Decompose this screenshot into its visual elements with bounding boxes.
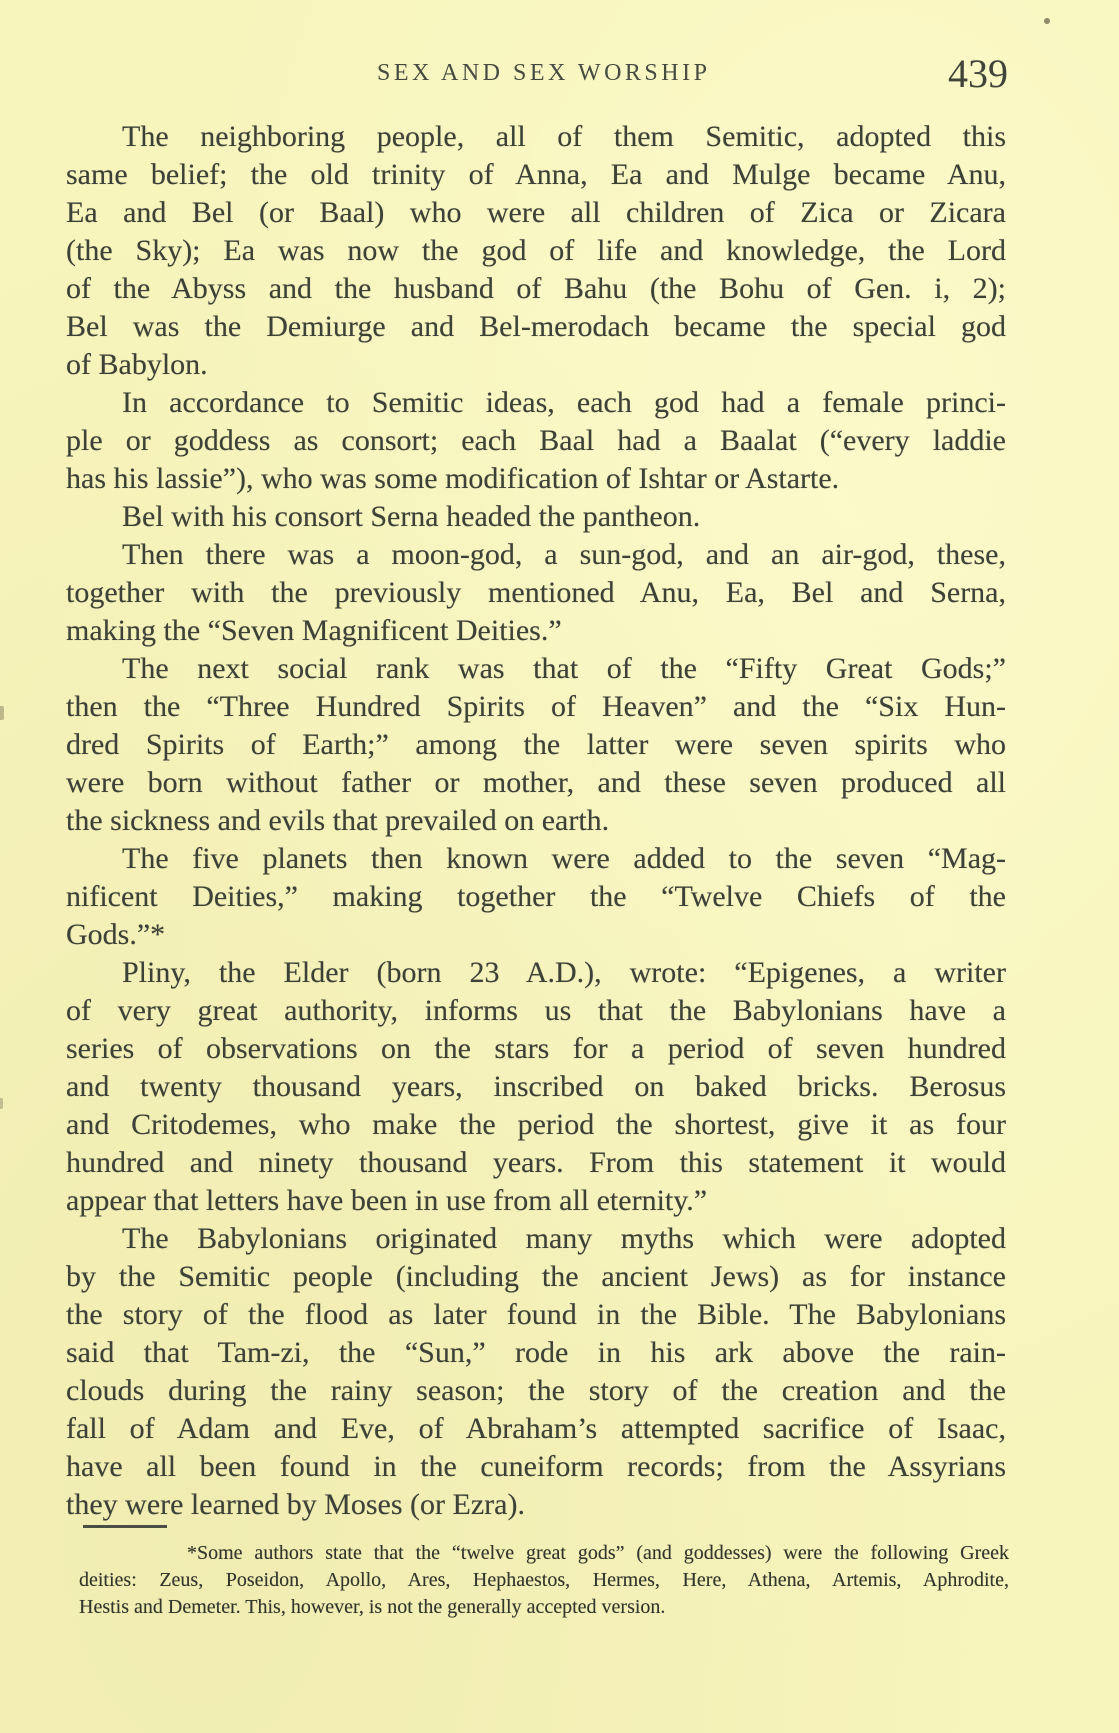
text-line: of Babylon. [66, 346, 1006, 384]
book-page: SEX AND SEX WORSHIP 439 The neighboring … [0, 0, 1119, 1733]
text-line: In accordance to Semitic ideas, each god… [66, 384, 1006, 422]
text-line: The five planets then known were added t… [66, 840, 1006, 878]
text-line: of the Abyss and the husband of Bahu (th… [66, 270, 1006, 308]
text-line: has his lassie”), who was some modificat… [66, 460, 1006, 498]
text-line: making the “Seven Magnificent Deities.” [66, 612, 1006, 650]
text-line: dred Spirits of Earth;” among the latter… [66, 726, 1006, 764]
text-line: Then there was a moon-god, a sun-god, an… [66, 536, 1006, 574]
text-line: said that Tam-zi, the “Sun,” rode in his… [66, 1334, 1006, 1372]
running-title: SEX AND SEX WORSHIP [377, 60, 710, 87]
text-line: (the Sky); Ea was now the god of life an… [66, 232, 1006, 270]
text-line: The Babylonians originated many myths wh… [66, 1220, 1006, 1258]
text-line: the story of the flood as later found in… [66, 1296, 1006, 1334]
text-line: The next social rank was that of the “Fi… [66, 650, 1006, 688]
text-line: appear that letters have been in use fro… [66, 1182, 1006, 1220]
footnote-rule [83, 1525, 167, 1528]
page-number: 439 [948, 50, 1008, 97]
text-line: and twenty thousand years, inscribed on … [66, 1068, 1006, 1106]
footnote: *Some authors state that the “twelve gre… [79, 1540, 1009, 1621]
text-line: The neighboring people, all of them Semi… [66, 118, 1006, 156]
text-line: and Critodemes, who make the period the … [66, 1106, 1006, 1144]
text-line: by the Semitic people (including the anc… [66, 1258, 1006, 1296]
paragraph: Then there was a moon-god, a sun-god, an… [66, 536, 1006, 650]
text-line: Hestis and Demeter. This, however, is no… [79, 1594, 1009, 1621]
text-line: hundred and ninety thousand years. From … [66, 1144, 1006, 1182]
text-line: Bel was the Demiurge and Bel-merodach be… [66, 308, 1006, 346]
text-line: ple or goddess as consort; each Baal had… [66, 422, 1006, 460]
paragraph: The neighboring people, all of them Semi… [66, 118, 1006, 384]
scan-speck [0, 706, 4, 720]
paragraph: The five planets then known were added t… [66, 840, 1006, 954]
text-line: of very great authority, informs us that… [66, 992, 1006, 1030]
text-line: then the “Three Hundred Spirits of Heave… [66, 688, 1006, 726]
text-line: fall of Adam and Eve, of Abraham’s attem… [66, 1410, 1006, 1448]
text-line: Bel with his consort Serna headed the pa… [66, 498, 1006, 536]
text-line: same belief; the old trinity of Anna, Ea… [66, 156, 1006, 194]
scan-speck [0, 1098, 3, 1109]
text-line: Ea and Bel (or Baal) who were all childr… [66, 194, 1006, 232]
text-line: have all been found in the cuneiform rec… [66, 1448, 1006, 1486]
text-line: series of observations on the stars for … [66, 1030, 1006, 1068]
paragraph: The Babylonians originated many myths wh… [66, 1220, 1006, 1524]
paragraph: In accordance to Semitic ideas, each god… [66, 384, 1006, 498]
text-line: nificent Deities,” making together the “… [66, 878, 1006, 916]
text-line: were born without father or mother, and … [66, 764, 1006, 802]
scan-speck [1044, 18, 1050, 24]
paragraph: Bel with his consort Serna headed the pa… [66, 498, 1006, 536]
text-line: they were learned by Moses (or Ezra). [66, 1486, 1006, 1524]
paragraph: Pliny, the Elder (born 23 A.D.), wrote: … [66, 954, 1006, 1220]
text-line: Pliny, the Elder (born 23 A.D.), wrote: … [66, 954, 1006, 992]
text-line: Gods.”* [66, 916, 1006, 954]
text-line: deities: Zeus, Poseidon, Apollo, Ares, H… [79, 1567, 1009, 1594]
paragraph: The next social rank was that of the “Fi… [66, 650, 1006, 840]
text-line: clouds during the rainy season; the stor… [66, 1372, 1006, 1410]
text-line: the sickness and evils that prevailed on… [66, 802, 1006, 840]
text-line: *Some authors state that the “twelve gre… [79, 1540, 1009, 1567]
body-text: The neighboring people, all of them Semi… [66, 118, 1006, 1524]
text-line: together with the previously mentioned A… [66, 574, 1006, 612]
